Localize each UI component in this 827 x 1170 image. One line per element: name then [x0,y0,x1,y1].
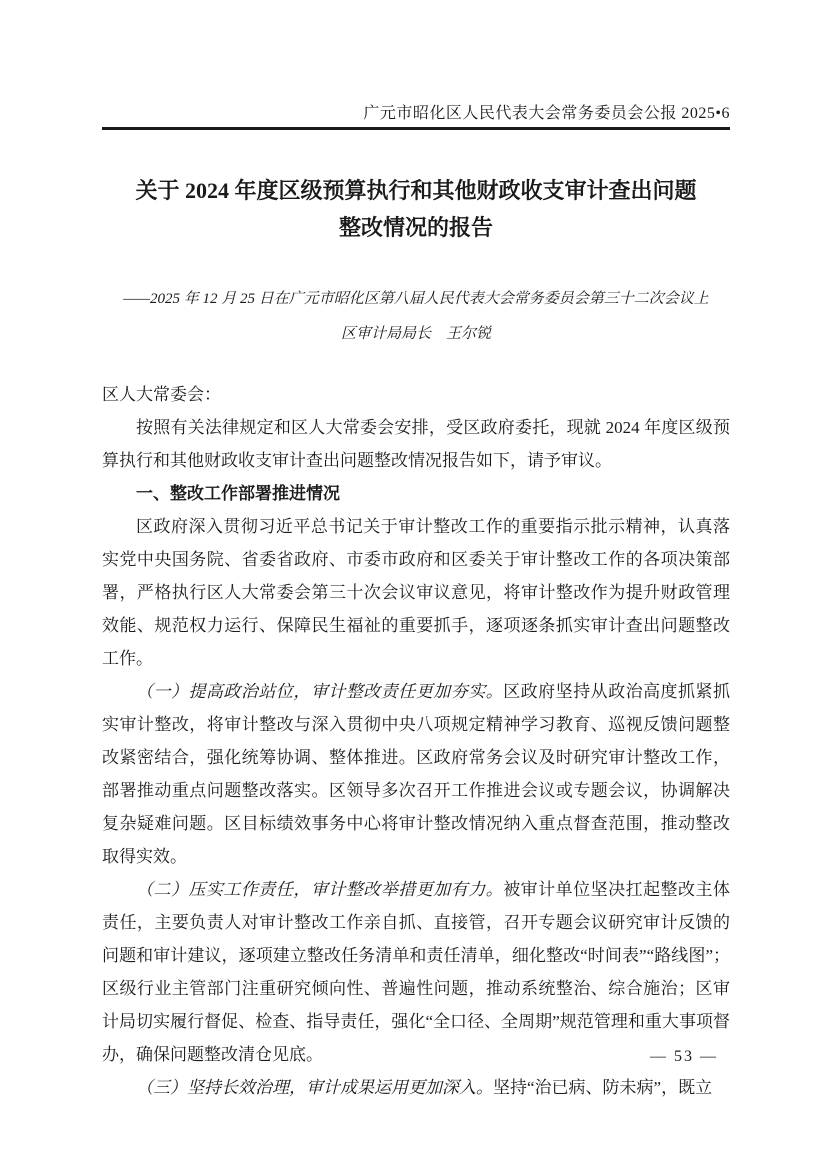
header-rule [102,127,730,130]
paragraph-sub-1: （一）提高政治站位，审计整改责任更加夯实。区政府坚持从政治高度抓紧抓实审计整改，… [102,675,730,873]
paragraph-sub-3: （三）坚持长效治理，审计成果运用更加深入。坚持“治已病、防未病”，既立 [102,1071,730,1104]
paragraph-sub-1-lead: （一）提高政治站位，审计整改责任更加夯实。 [136,682,503,701]
paragraph-sub-1-text: 区政府坚持从政治高度抓紧抓实审计整改，将审计整改与深入贯彻中央八项规定精神学习教… [102,682,730,866]
report-title: 关于 2024 年度区级预算执行和其他财政收支审计查出问题 整改情况的报告 [102,172,730,246]
report-title-line-2: 整改情况的报告 [102,209,730,246]
paragraph-overview: 区政府深入贯彻习近平总书记关于审计整改工作的重要指示批示精神，认真落实党中央国务… [102,510,730,675]
paragraph-sub-3-text: 坚持“治已病、防未病”，既立 [493,1078,712,1097]
meeting-note: ——2025 年 12 月 25 日在广元市昭化区第八届人民代表大会常务委员会第… [102,287,730,308]
paragraph-sub-2-text: 被审计单位坚决扛起整改主体责任，主要负责人对审计整改工作亲自抓、直接管，召开专题… [102,880,730,1064]
report-body: 区人大常委会： 按照有关法律规定和区人大常委会安排，受区政府委托，现就 2024… [102,378,730,1104]
paragraph-sub-3-lead: （三）坚持长效治理，审计成果运用更加深入。 [136,1078,493,1097]
page-number: — 53 — [102,1048,730,1066]
paragraph-sub-2-lead: （二）压实工作责任，审计整改举措更加有力。 [136,880,503,899]
paragraph-sub-2: （二）压实工作责任，审计整改举措更加有力。被审计单位坚决扛起整改主体责任，主要负… [102,873,730,1071]
speaker-line: 区审计局局长 王尔锐 [102,322,730,343]
report-title-line-1: 关于 2024 年度区级预算执行和其他财政收支审计查出问题 [102,172,730,209]
paragraph-intro: 按照有关法律规定和区人大常委会安排，受区政府委托，现就 2024 年度区级预算执… [102,411,730,477]
salutation: 区人大常委会： [102,378,730,411]
gazette-header-title: 广元市昭化区人民代表大会常务委员会公报 2025•6 [363,100,730,123]
section-heading-1: 一、整改工作部署推进情况 [102,477,730,510]
gazette-page: 广元市昭化区人民代表大会常务委员会公报 2025•6 关于 2024 年度区级预… [0,0,827,1170]
